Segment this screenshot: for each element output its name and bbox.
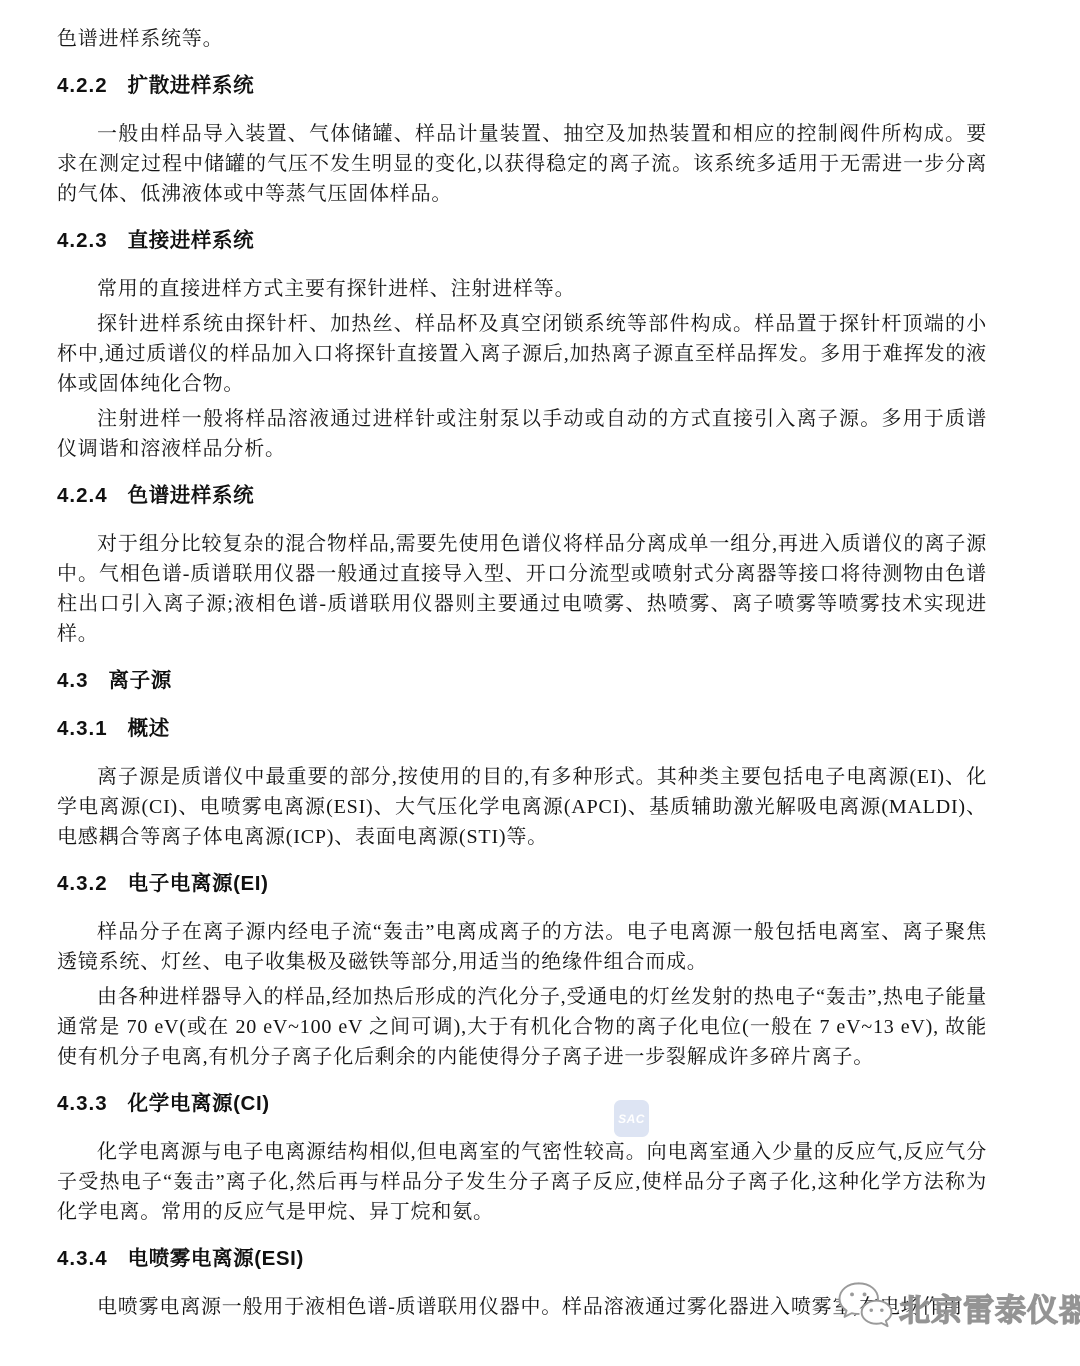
body-paragraph: 由各种进样器导入的样品,经加热后形成的汽化分子,受通电的灯丝发射的热电子“轰击”…: [57, 982, 987, 1072]
section-number: 4.2.4: [57, 481, 108, 511]
section-title: 扩散进样系统: [128, 74, 255, 97]
body-paragraph: 电喷雾电离源一般用于液相色谱-质谱联用仪器中。样品溶液通过雾化器进入喷雾室,在电…: [57, 1292, 987, 1322]
section-heading-4-3-2: 4.3.2电子电离源(EI): [57, 869, 987, 899]
section-number: 4.3.3: [57, 1089, 108, 1119]
body-paragraph: 常用的直接进样方式主要有探针进样、注射进样等。: [57, 274, 987, 304]
section-number: 4.3: [57, 666, 89, 696]
section-number: 4.2.2: [57, 71, 108, 101]
body-paragraph: 样品分子在离子源内经电子流“轰击”电离成离子的方法。电子电离源一般包括电离室、离…: [57, 917, 987, 977]
section-title: 色谱进样系统: [128, 484, 255, 507]
body-paragraph: 注射进样一般将样品溶液通过进样针或注射泵以手动或自动的方式直接引入离子源。多用于…: [57, 404, 987, 464]
section-number: 4.3.4: [57, 1244, 108, 1274]
section-number: 4.3.2: [57, 869, 108, 899]
sac-logo-watermark: SAC: [614, 1100, 649, 1137]
section-title: 电喷雾电离源(ESI): [128, 1247, 304, 1270]
section-title: 化学电离源(CI): [128, 1092, 270, 1115]
section-heading-4-2-2: 4.2.2扩散进样系统: [57, 71, 987, 101]
body-paragraph: 一般由样品导入装置、气体储罐、样品计量装置、抽空及加热装置和相应的控制阀件所构成…: [57, 119, 987, 209]
section-heading-4-2-4: 4.2.4色谱进样系统: [57, 481, 987, 511]
body-paragraph: 探针进样系统由探针杆、加热丝、样品杯及真空闭锁系统等部件构成。样品置于探针杆顶端…: [57, 309, 987, 399]
section-heading-4-3-4: 4.3.4电喷雾电离源(ESI): [57, 1244, 987, 1274]
body-paragraph: 化学电离源与电子电离源结构相似,但电离室的气密性较高。向电离室通入少量的反应气,…: [57, 1137, 987, 1227]
section-number: 4.3.1: [57, 714, 108, 744]
section-heading-4-3: 4.3离子源: [57, 666, 987, 696]
section-number: 4.2.3: [57, 226, 108, 256]
body-paragraph: 对于组分比较复杂的混合物样品,需要先使用色谱仪将样品分离成单一组分,再进入质谱仪…: [57, 529, 987, 649]
paragraph-continued: 色谱进样系统等。: [57, 24, 987, 54]
section-heading-4-2-3: 4.2.3直接进样系统: [57, 226, 987, 256]
section-title: 直接进样系统: [128, 229, 255, 252]
body-paragraph: 离子源是质谱仪中最重要的部分,按使用的目的,有多种形式。其种类主要包括电子电离源…: [57, 762, 987, 852]
section-title: 电子电离源(EI): [128, 872, 269, 895]
section-heading-4-3-1: 4.3.1概述: [57, 714, 987, 744]
document-page: 色谱进样系统等。 4.2.2扩散进样系统 一般由样品导入装置、气体储罐、样品计量…: [57, 24, 987, 1327]
section-title: 概述: [128, 717, 170, 740]
section-title: 离子源: [109, 669, 172, 692]
section-heading-4-3-3: 4.3.3化学电离源(CI): [57, 1089, 987, 1119]
